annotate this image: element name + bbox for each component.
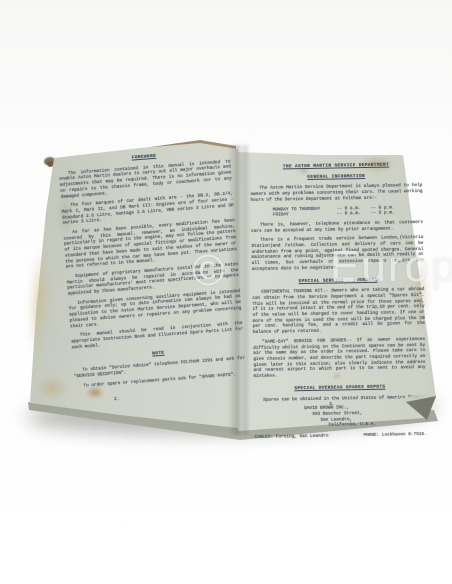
phone-value: PHONE: Lockhaven 9-7515. — [363, 432, 426, 439]
hours-days: FRIDAY — [273, 212, 337, 219]
depots-line: Spares can be obtained in the United Sta… — [254, 394, 426, 403]
hours-row: FRIDAY -- 8 a.m. -- 5 p.m. — [273, 210, 423, 218]
cables-value: CABLES: Forning, San Leandro — [255, 434, 329, 441]
foreword-paragraph: As far as has been possible, every modif… — [63, 218, 237, 270]
left-page-text: FOREWORD The information contained in th… — [58, 148, 247, 393]
hours-close: -- 5 p.m. — [371, 211, 395, 217]
intro-paragraph: The Aston Martin Service Department is a… — [250, 183, 422, 203]
working-hours-table: MONDAY TO THURSDAY -- 8 a.m. -- 6 p.m. F… — [273, 205, 423, 219]
attendance-paragraph: There is, however, telephone attendance … — [251, 220, 423, 234]
special-service-heading: SPECIAL SERVICE - OVERSEAS — [252, 277, 424, 286]
trade-service-paragraph: There is a frequent trade service betwee… — [251, 235, 424, 272]
same-day-paragraph: "SAME-DAY" SERVICE FOR SPARES.- If an ow… — [253, 337, 426, 380]
depot-address: DAVID BROWN INC., 593 Beecher Street, Sa… — [254, 404, 426, 430]
spares-depots-heading: SPECIAL OVERSEAS SPARES DEPOTS — [254, 384, 426, 393]
photo-background: FOREWORD The information contained in th… — [0, 0, 452, 584]
right-page-text: THE ASTON MARTIN SERVICE DEPARTMENT GENE… — [250, 162, 427, 441]
general-information-heading: GENERAL INFORMATION — [250, 173, 422, 182]
left-page-number: 2. — [114, 397, 120, 402]
stain — [36, 376, 68, 400]
hours-open: -- 8 a.m. — [337, 211, 371, 217]
touring-kit-paragraph: CONTINENTAL TOURING KIT.- Owners who are… — [252, 287, 425, 336]
cables-phone-line: CABLES: Forning, San Leandro PHONE: Lock… — [255, 432, 427, 441]
right-page-number: 3. — [329, 402, 335, 407]
